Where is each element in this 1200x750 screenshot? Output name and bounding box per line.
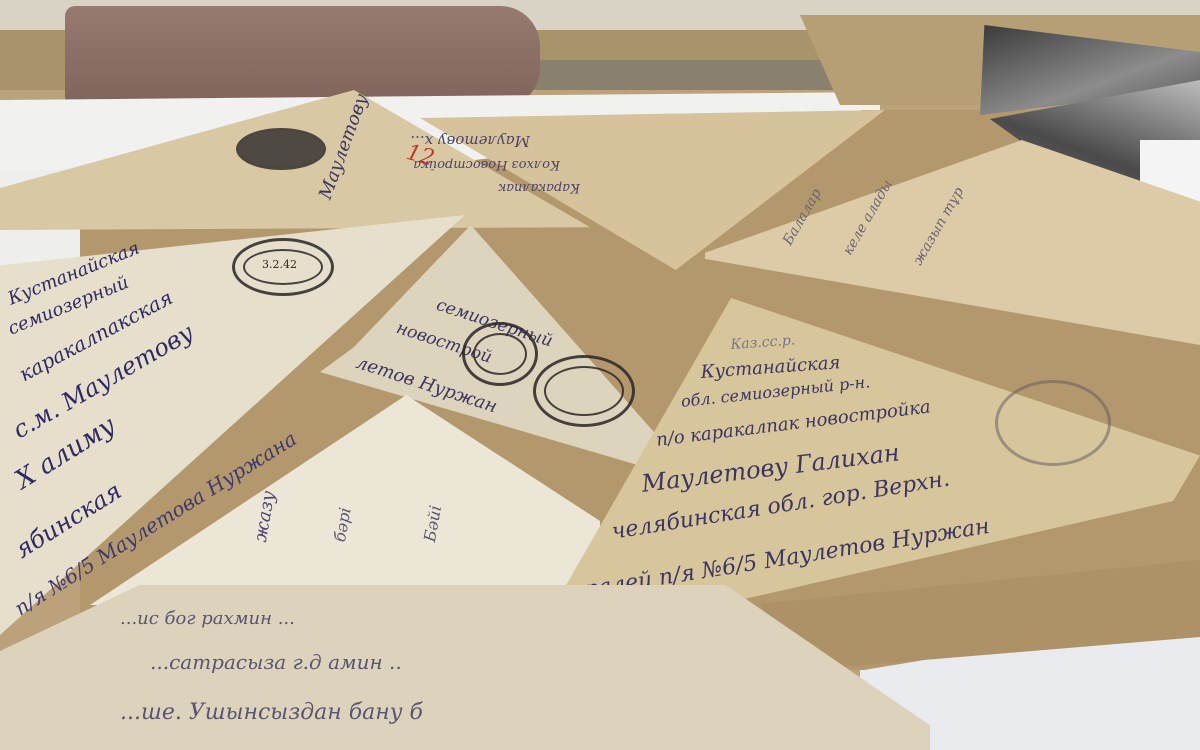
paper-roll	[65, 6, 540, 108]
letter-top-center-line-3: Каракалпак	[498, 180, 580, 195]
bottom-line-3: ...ше. Ушынсыздан бану б	[120, 700, 423, 725]
postmark-stamp	[236, 128, 326, 170]
letter-left-stamp-date: 3.2.42	[262, 258, 297, 271]
letter-top-center-line-2: Колхоз Новостройка	[413, 157, 560, 172]
shelf-strip	[520, 60, 840, 90]
bottom-line-1: ...ис бог рахмин ...	[120, 608, 295, 629]
postmark-stamp-main	[995, 380, 1111, 466]
letter-top-center-line-1: Маулетову х...	[410, 132, 530, 150]
photo-scene: Маулетову 12 Маулетову х... Колхоз Новос…	[0, 0, 1200, 750]
bottom-line-2: ...сатрасыза г.д амин ..	[150, 650, 402, 674]
postmark-stamp-2	[533, 355, 635, 427]
postmark-stamp-1	[462, 322, 538, 386]
